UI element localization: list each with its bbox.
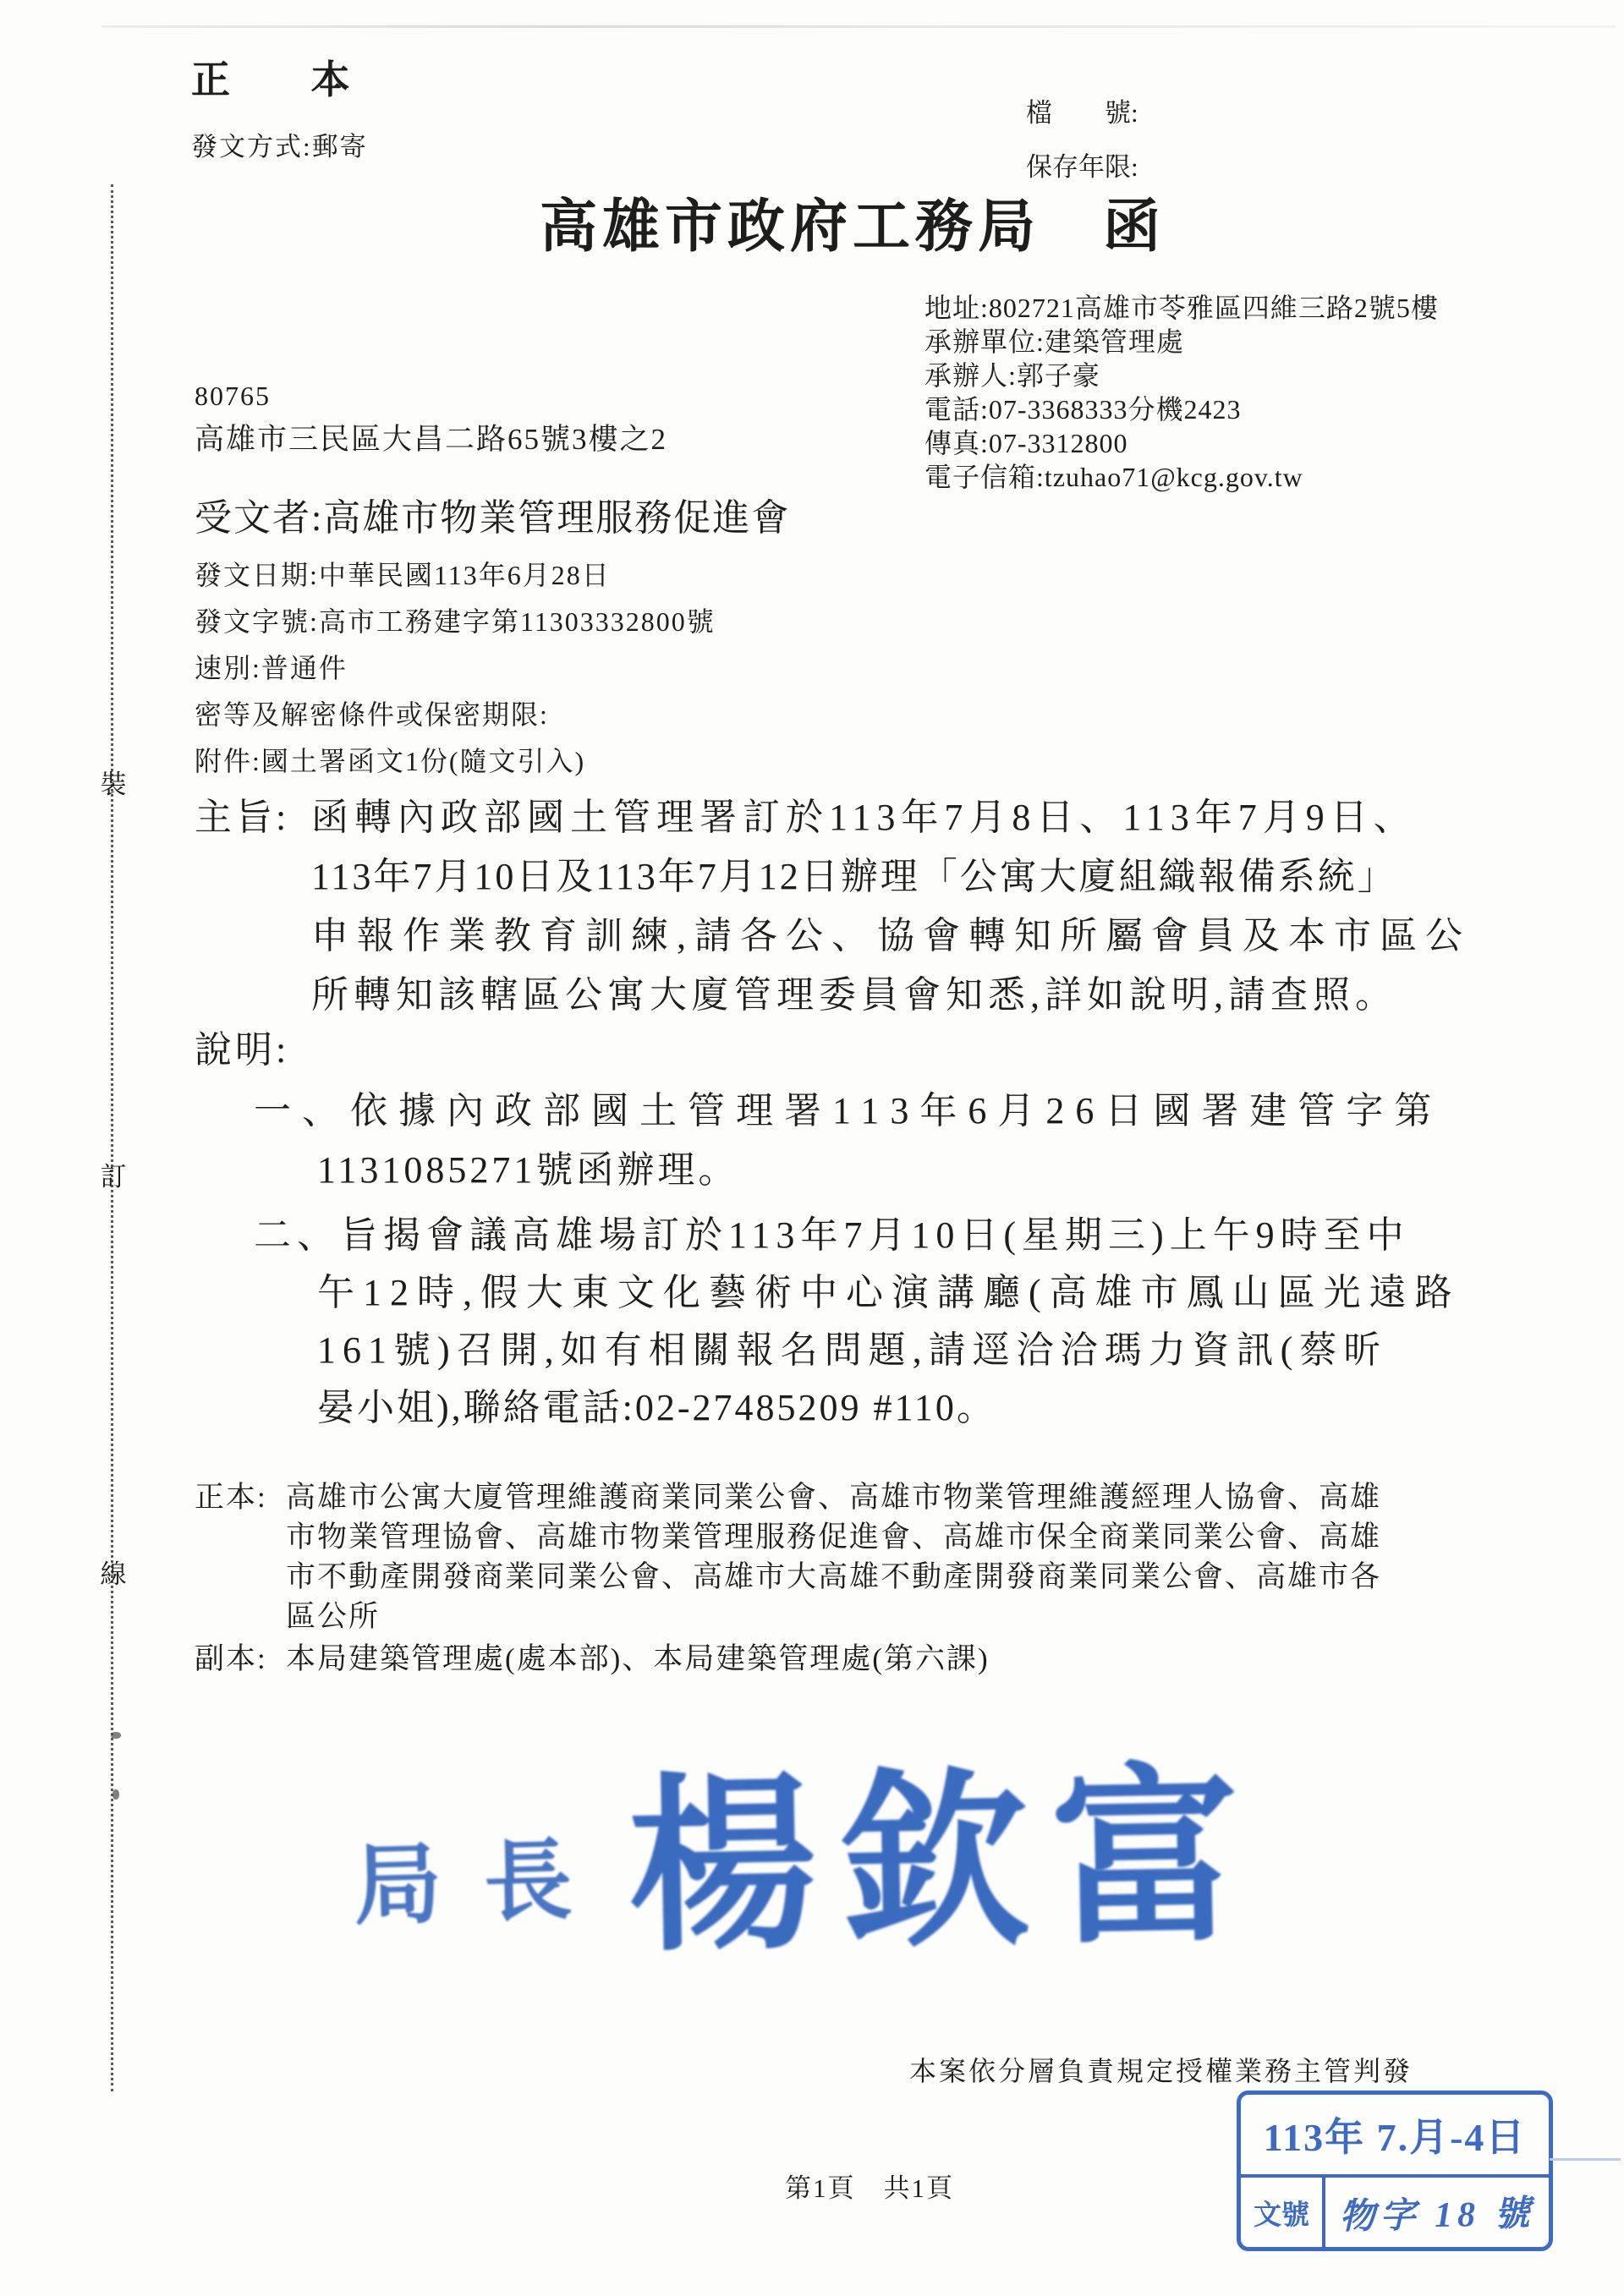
stamp-bottom-row: 文號 物字 18 號 xyxy=(1241,2178,1549,2247)
recipient-zip: 80765 xyxy=(195,381,271,412)
document-title: 高雄市政府工務局 函 xyxy=(540,181,1166,263)
received-date-stamp: 113年 7.月-4日 文號 物字 18 號 xyxy=(1237,2091,1553,2251)
subject-line-1: 函轉內政部國土管理署訂於113年7月8日、113年7月9日、 xyxy=(311,786,1417,841)
primary-recipients-line-4: 區公所 xyxy=(286,1593,380,1636)
recipient-address: 高雄市三民區大昌二路65號3樓之2 xyxy=(195,416,667,458)
director-title-stamp: 局長 xyxy=(352,1808,616,1942)
binding-dotted-line xyxy=(111,184,113,2091)
primary-recipients-line-3: 市不動產開發商業同業公會、高雄市大高雄不動產開發商業同業公會、高雄市各 xyxy=(286,1553,1381,1596)
binding-char-ding: 訂 xyxy=(95,1155,132,1193)
copy-recipients-text: 本局建築管理處(處本部)、本局建築管理處(第六課) xyxy=(286,1636,990,1678)
explanation-item1-line-2: 1131085271號函辦理。 xyxy=(317,1139,738,1193)
subject-line-4: 所轉知該轄區公寓大廈管理委員會知悉,詳如說明,請查照。 xyxy=(311,964,1397,1018)
binding-char-xian: 線 xyxy=(95,1553,132,1591)
scan-streak-artifact xyxy=(101,25,1616,28)
explanation-item2-line-3: 161號)召開,如有相關報名問題,請逕洽洽瑪力資訊(蔡昕 xyxy=(317,1319,1387,1373)
ink-speck xyxy=(112,1789,119,1800)
explanation-item2-line-2: 午12時,假大東文化藝術中心演講廳(高雄市鳳山區光遠路 xyxy=(317,1262,1461,1316)
authorization-note: 本案依分層負責規定授權業務主管判發 xyxy=(909,2050,1413,2089)
subject-line-3: 申報作業教育訓練,請各公、協會轉知所屬會員及本市區公 xyxy=(311,905,1471,959)
file-number-label: 檔 號: xyxy=(1026,91,1138,129)
recipient-line: 受文者:高雄市物業管理服務促進會 xyxy=(195,487,790,541)
stamp-doc-number-label: 文號 xyxy=(1241,2178,1325,2247)
director-name-stamp: 楊欽富 xyxy=(625,1704,1265,1987)
explanation-heading: 說明: xyxy=(195,1019,289,1073)
issue-date: 發文日期:中華民國113年6月28日 xyxy=(195,554,611,593)
sender-contact-person: 承辦人:郭子豪 xyxy=(924,359,1439,392)
delivery-method: 發文方式:郵寄 xyxy=(191,125,368,163)
binding-char-zhuang: 裝 xyxy=(95,763,132,801)
explanation-item2-line-1: 二、旨揭會議高雄場訂於113年7月10日(星期三)上午9時至中 xyxy=(254,1204,1410,1258)
sender-phone: 電話:07-3368333分機2423 xyxy=(924,392,1439,426)
sender-email: 電子信箱:tzuhao71@kcg.gov.tw xyxy=(924,460,1439,494)
speed-class: 速別:普通件 xyxy=(195,647,348,686)
explanation-item2-line-4: 晏小姐),聯絡電話:02-27485209 #110。 xyxy=(317,1377,996,1431)
subject-line-2: 113年7月10日及113年7月12日辦理「公寓大廈組織報備系統」 xyxy=(311,846,1397,900)
primary-recipients-line-1: 高雄市公寓大廈管理維護商業同業公會、高雄市物業管理維護經理人協會、高雄 xyxy=(286,1474,1381,1516)
attachment-note: 附件:國土署函文1份(隨文引入) xyxy=(195,740,585,779)
subject-label: 主旨: xyxy=(195,786,289,841)
sender-address: 地址:802721高雄市苓雅區四維三路2號5樓 xyxy=(924,291,1439,325)
retention-label: 保存年限: xyxy=(1026,145,1138,184)
page-number-footer: 第1頁 共1頁 xyxy=(785,2167,954,2205)
sender-info-block: 地址:802721高雄市苓雅區四維三路2號5樓 承辦單位:建築管理處 承辦人:郭… xyxy=(924,291,1439,494)
primary-recipients-line-2: 市物業管理協會、高雄市物業管理服務促進會、高雄市保全商業同業公會、高雄 xyxy=(286,1514,1381,1556)
ink-speck xyxy=(111,1732,121,1739)
primary-recipients-label: 正本: xyxy=(195,1474,267,1516)
copy-recipients-label: 副本: xyxy=(195,1636,267,1678)
stamp-date: 113年 7.月-4日 xyxy=(1241,2095,1549,2178)
stamp-ink-smear xyxy=(1550,2158,1621,2161)
copy-type-label: 正 本 xyxy=(191,49,386,105)
stamp-doc-number-value: 物字 18 號 xyxy=(1325,2176,1549,2249)
security-class: 密等及解密條件或保密期限: xyxy=(195,693,549,732)
document-page: 正 本 發文方式:郵寄 檔 號: 保存年限: 高雄市政府工務局 函 地址:802… xyxy=(0,0,1624,2296)
sender-unit: 承辦單位:建築管理處 xyxy=(924,325,1439,359)
sender-fax: 傳真:07-3312800 xyxy=(924,426,1439,460)
issue-number: 發文字號:高市工務建字第11303332800號 xyxy=(195,600,716,639)
explanation-item1-line-1: 一、依據內政部國土管理署113年6月26日國署建管字第 xyxy=(254,1080,1442,1134)
